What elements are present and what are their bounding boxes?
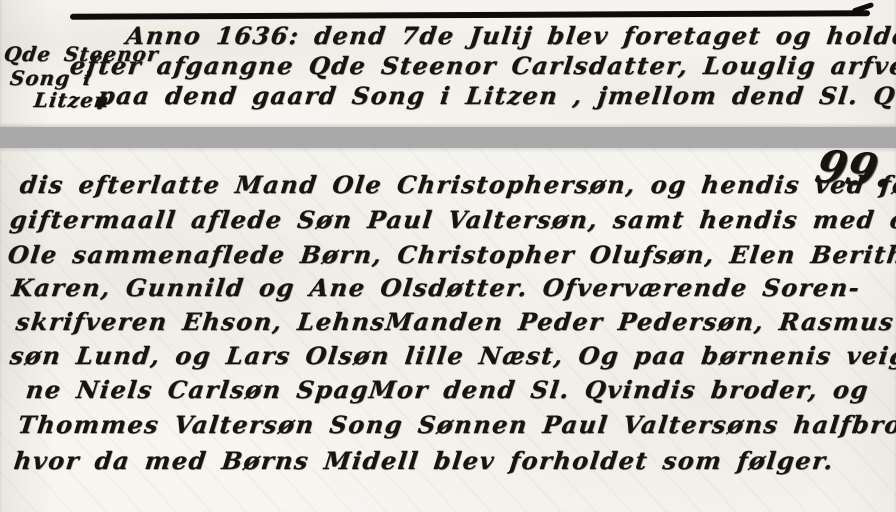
manuscript-line: Ole sammenaflede Børn, Christopher Olufs… (6, 240, 896, 269)
manuscript-line: paa dend gaard Song i Litzen , jmellom d… (96, 81, 896, 110)
manuscript-line: Anno 1636: dend 7de Julij blev foretaget… (124, 21, 896, 50)
manuscript-line: giftermaall aflede Søn Paul Valtersøn, s… (8, 205, 896, 234)
ruled-ink-line (70, 10, 870, 19)
manuscript-line: dis efterlatte Mand Ole Christophersøn, … (18, 170, 896, 199)
manuscript-line: skrifveren Ehson, LehnsManden Peder Pede… (14, 307, 896, 336)
manuscript-line: efter afgangne Qde Steenor Carlsdatter, … (68, 51, 896, 80)
header-paper-fragment: Qde Steenor Song i Litzen Anno 1636: den… (0, 0, 896, 127)
manuscript-scan: Qde Steenor Song i Litzen Anno 1636: den… (0, 0, 896, 512)
manuscript-line: ne Niels Carlsøn SpagMor dend Sl. Qvindi… (24, 375, 871, 404)
main-paper-fragment: 99. dis efterlatte Mand Ole Christophers… (0, 148, 896, 512)
manuscript-line: Thommes Valtersøn Song Sønnen Paul Valte… (16, 410, 896, 439)
manuscript-line: søn Lund, og Lars Olsøn lille Næst, Og p… (8, 341, 896, 370)
manuscript-line: hvor da med Børns Midell blev forholdet … (12, 446, 836, 475)
manuscript-line: Karen, Gunnild og Ane Olsdøtter. Ofvervæ… (10, 273, 862, 302)
